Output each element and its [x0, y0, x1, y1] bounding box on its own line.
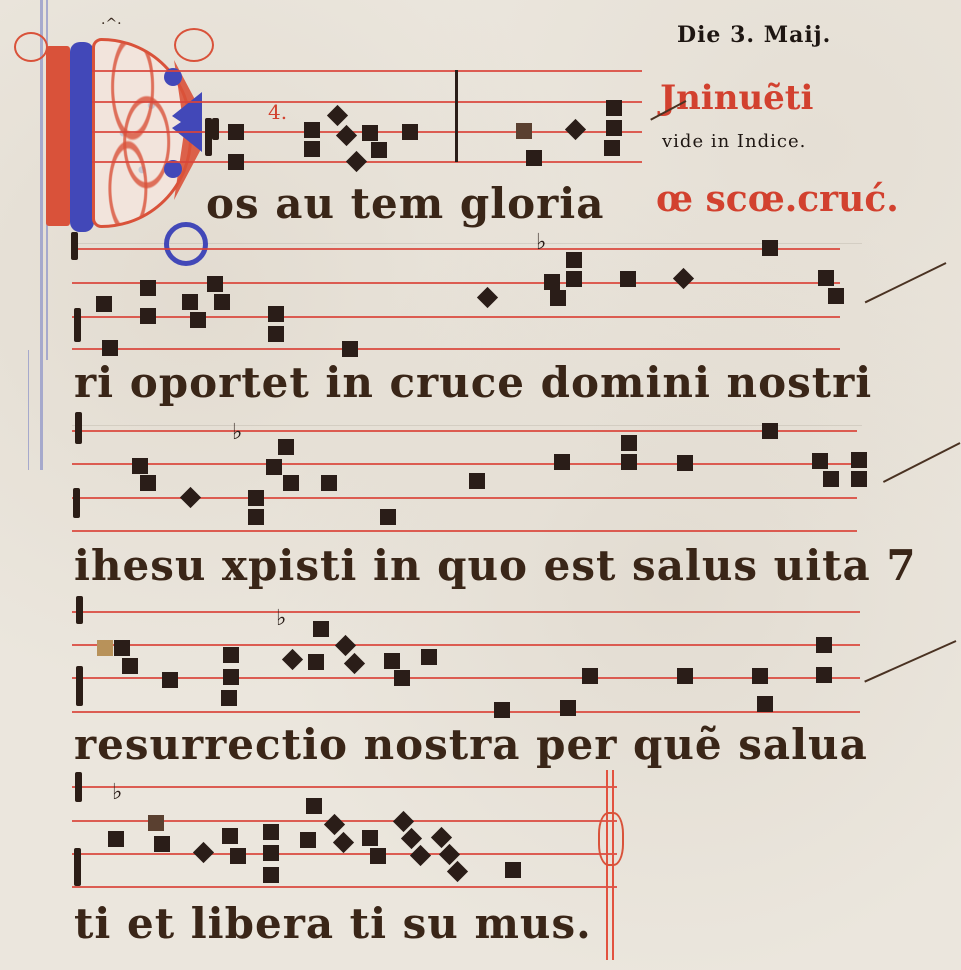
neume-punctum [621, 454, 637, 470]
neume-punctum [122, 658, 138, 674]
neume-punctum [371, 142, 387, 158]
rubric-title: Jninuẽti [660, 78, 813, 118]
neume-punctum [362, 125, 378, 141]
staff-4 [72, 611, 860, 711]
neume-punctum [214, 294, 230, 310]
flat-sign-icon: ♭ [536, 232, 546, 254]
manuscript-page: ·^· Die 3. Maij. Jninuẽti vide in Indice… [0, 0, 961, 970]
initial-red-stroke [46, 46, 70, 226]
neume-punctum [469, 473, 485, 489]
neume-punctum [140, 280, 156, 296]
neume-punctum [140, 475, 156, 491]
staff-3 [72, 430, 857, 530]
fa-clef-icon [76, 666, 83, 706]
initial-flourish [174, 28, 214, 62]
staff-line [72, 711, 860, 713]
initial-flourish [14, 32, 48, 62]
neume-punctum [757, 696, 773, 712]
staff-line [72, 886, 617, 888]
neume-punctum [762, 423, 778, 439]
neume-punctum [248, 490, 264, 506]
staff-line [72, 611, 860, 613]
fa-clef-icon [73, 488, 80, 518]
neume-punctum [566, 252, 582, 268]
staff-line [72, 282, 840, 284]
staff-line [92, 70, 642, 72]
neume-punctum [816, 667, 832, 683]
neume-punctum [308, 654, 324, 670]
staff-line [72, 677, 860, 679]
neume-punctum [154, 836, 170, 852]
neume-punctum [620, 271, 636, 287]
neume-punctum [526, 150, 542, 166]
neume-punctum [268, 326, 284, 342]
neume-punctum [132, 458, 148, 474]
staff-line [72, 316, 840, 318]
neume-punctum [402, 124, 418, 140]
neume-punctum [394, 670, 410, 686]
neume-punctum [851, 452, 867, 468]
neume-punctum [300, 832, 316, 848]
flat-sign-icon: ♭ [112, 782, 122, 804]
neume-punctum [812, 453, 828, 469]
staff-line [92, 101, 642, 103]
lyric-line-5: ti et libera ti su mus. [74, 903, 592, 945]
custos-pointer-icon [865, 262, 947, 303]
neume-punctum [516, 123, 532, 139]
feast-date: Die 3. Maij. [677, 22, 831, 48]
neume-punctum [162, 672, 178, 688]
neume-punctum [228, 124, 244, 140]
neume-punctum [313, 621, 329, 637]
rubric-note: vide in Indice. [662, 131, 806, 152]
staff-line [72, 786, 617, 788]
neume-punctum [102, 340, 118, 356]
neume-punctum [230, 848, 246, 864]
neume-punctum [321, 475, 337, 491]
flat-sign-icon: ♭ [232, 422, 242, 444]
do-clef-icon [75, 772, 82, 802]
neume-punctum [604, 140, 620, 156]
neume-punctum [140, 308, 156, 324]
staff-line [72, 463, 857, 465]
neume-punctum [818, 270, 834, 286]
neume-punctum [421, 649, 437, 665]
neume-punctum [362, 830, 378, 846]
bar-line [455, 70, 458, 162]
initial-blue-stroke [70, 42, 94, 232]
neume-punctum [278, 439, 294, 455]
neume-punctum [263, 845, 279, 861]
do-clef-icon [71, 232, 78, 260]
neume-punctum [582, 668, 598, 684]
custos-pointer-icon [864, 640, 956, 683]
ornamental-knot [598, 812, 624, 866]
neume-punctum [108, 831, 124, 847]
fa-clef-icon [74, 308, 81, 342]
neume-punctum [752, 668, 768, 684]
neume-punctum [306, 798, 322, 814]
neume-punctum [304, 122, 320, 138]
neume-punctum-faded [97, 640, 113, 656]
neume-punctum [380, 509, 396, 525]
neume-punctum [606, 100, 622, 116]
clef-icon [205, 118, 212, 156]
neume-punctum [566, 271, 582, 287]
neume-punctum [677, 668, 693, 684]
neume-punctum [342, 341, 358, 357]
neume-punctum [621, 435, 637, 451]
staff-line [72, 530, 857, 532]
staff-line [72, 853, 617, 855]
neume-punctum [554, 454, 570, 470]
neume-punctum [828, 288, 844, 304]
staff-line [72, 430, 857, 432]
neume-punctum [762, 240, 778, 256]
ruling-line [72, 425, 862, 426]
neume-punctum [182, 294, 198, 310]
neume-punctum [266, 459, 282, 475]
staff-line [72, 644, 860, 646]
neume-punctum [384, 653, 400, 669]
neume-punctum [222, 828, 238, 844]
neume-punctum [816, 637, 832, 653]
rubric-abbreviation: œ scœ.cruć. [656, 178, 899, 220]
staff-line [72, 248, 840, 250]
neume-punctum [263, 867, 279, 883]
lyric-line-4: resurrectio nostra per quẽ salua [74, 724, 868, 766]
neume-punctum [494, 702, 510, 718]
flat-sign-icon: ♭ [276, 608, 286, 630]
fa-clef-icon [74, 848, 81, 886]
neume-punctum [550, 290, 566, 306]
neume-punctum [677, 455, 693, 471]
lyric-line-1: os au tem gloria [206, 183, 604, 225]
neume-punctum [283, 475, 299, 491]
neume-punctum [560, 700, 576, 716]
custos-pointer-icon [883, 442, 961, 483]
neume-punctum [823, 471, 839, 487]
neume-punctum [228, 154, 244, 170]
neume-punctum [148, 815, 164, 831]
neume-punctum [544, 274, 560, 290]
accent-mark: ·^· [101, 16, 122, 32]
neume-punctum [190, 312, 206, 328]
neume-punctum [207, 276, 223, 292]
margin-flourish-stem [28, 350, 29, 470]
clef-icon [212, 118, 219, 140]
neume-punctum [263, 824, 279, 840]
neume-punctum [268, 306, 284, 322]
neume-punctum [505, 862, 521, 878]
neume-punctum [248, 509, 264, 525]
neume-punctum [221, 690, 237, 706]
staff-line [72, 348, 840, 350]
lyric-line-2: ri oportet in cruce domini nostri [74, 362, 872, 404]
neume-punctum [223, 669, 239, 685]
neume-punctum [96, 296, 112, 312]
do-clef-icon [75, 412, 82, 444]
neume-punctum [370, 848, 386, 864]
do-clef-icon [76, 596, 83, 624]
neume-punctum [851, 471, 867, 487]
neume-punctum [114, 640, 130, 656]
neume-punctum [606, 120, 622, 136]
neume-punctum [223, 647, 239, 663]
lyric-line-3: ihesu xpisti in quo est salus uita 7 [74, 545, 917, 587]
neume-punctum [304, 141, 320, 157]
staff-1 [92, 70, 642, 170]
